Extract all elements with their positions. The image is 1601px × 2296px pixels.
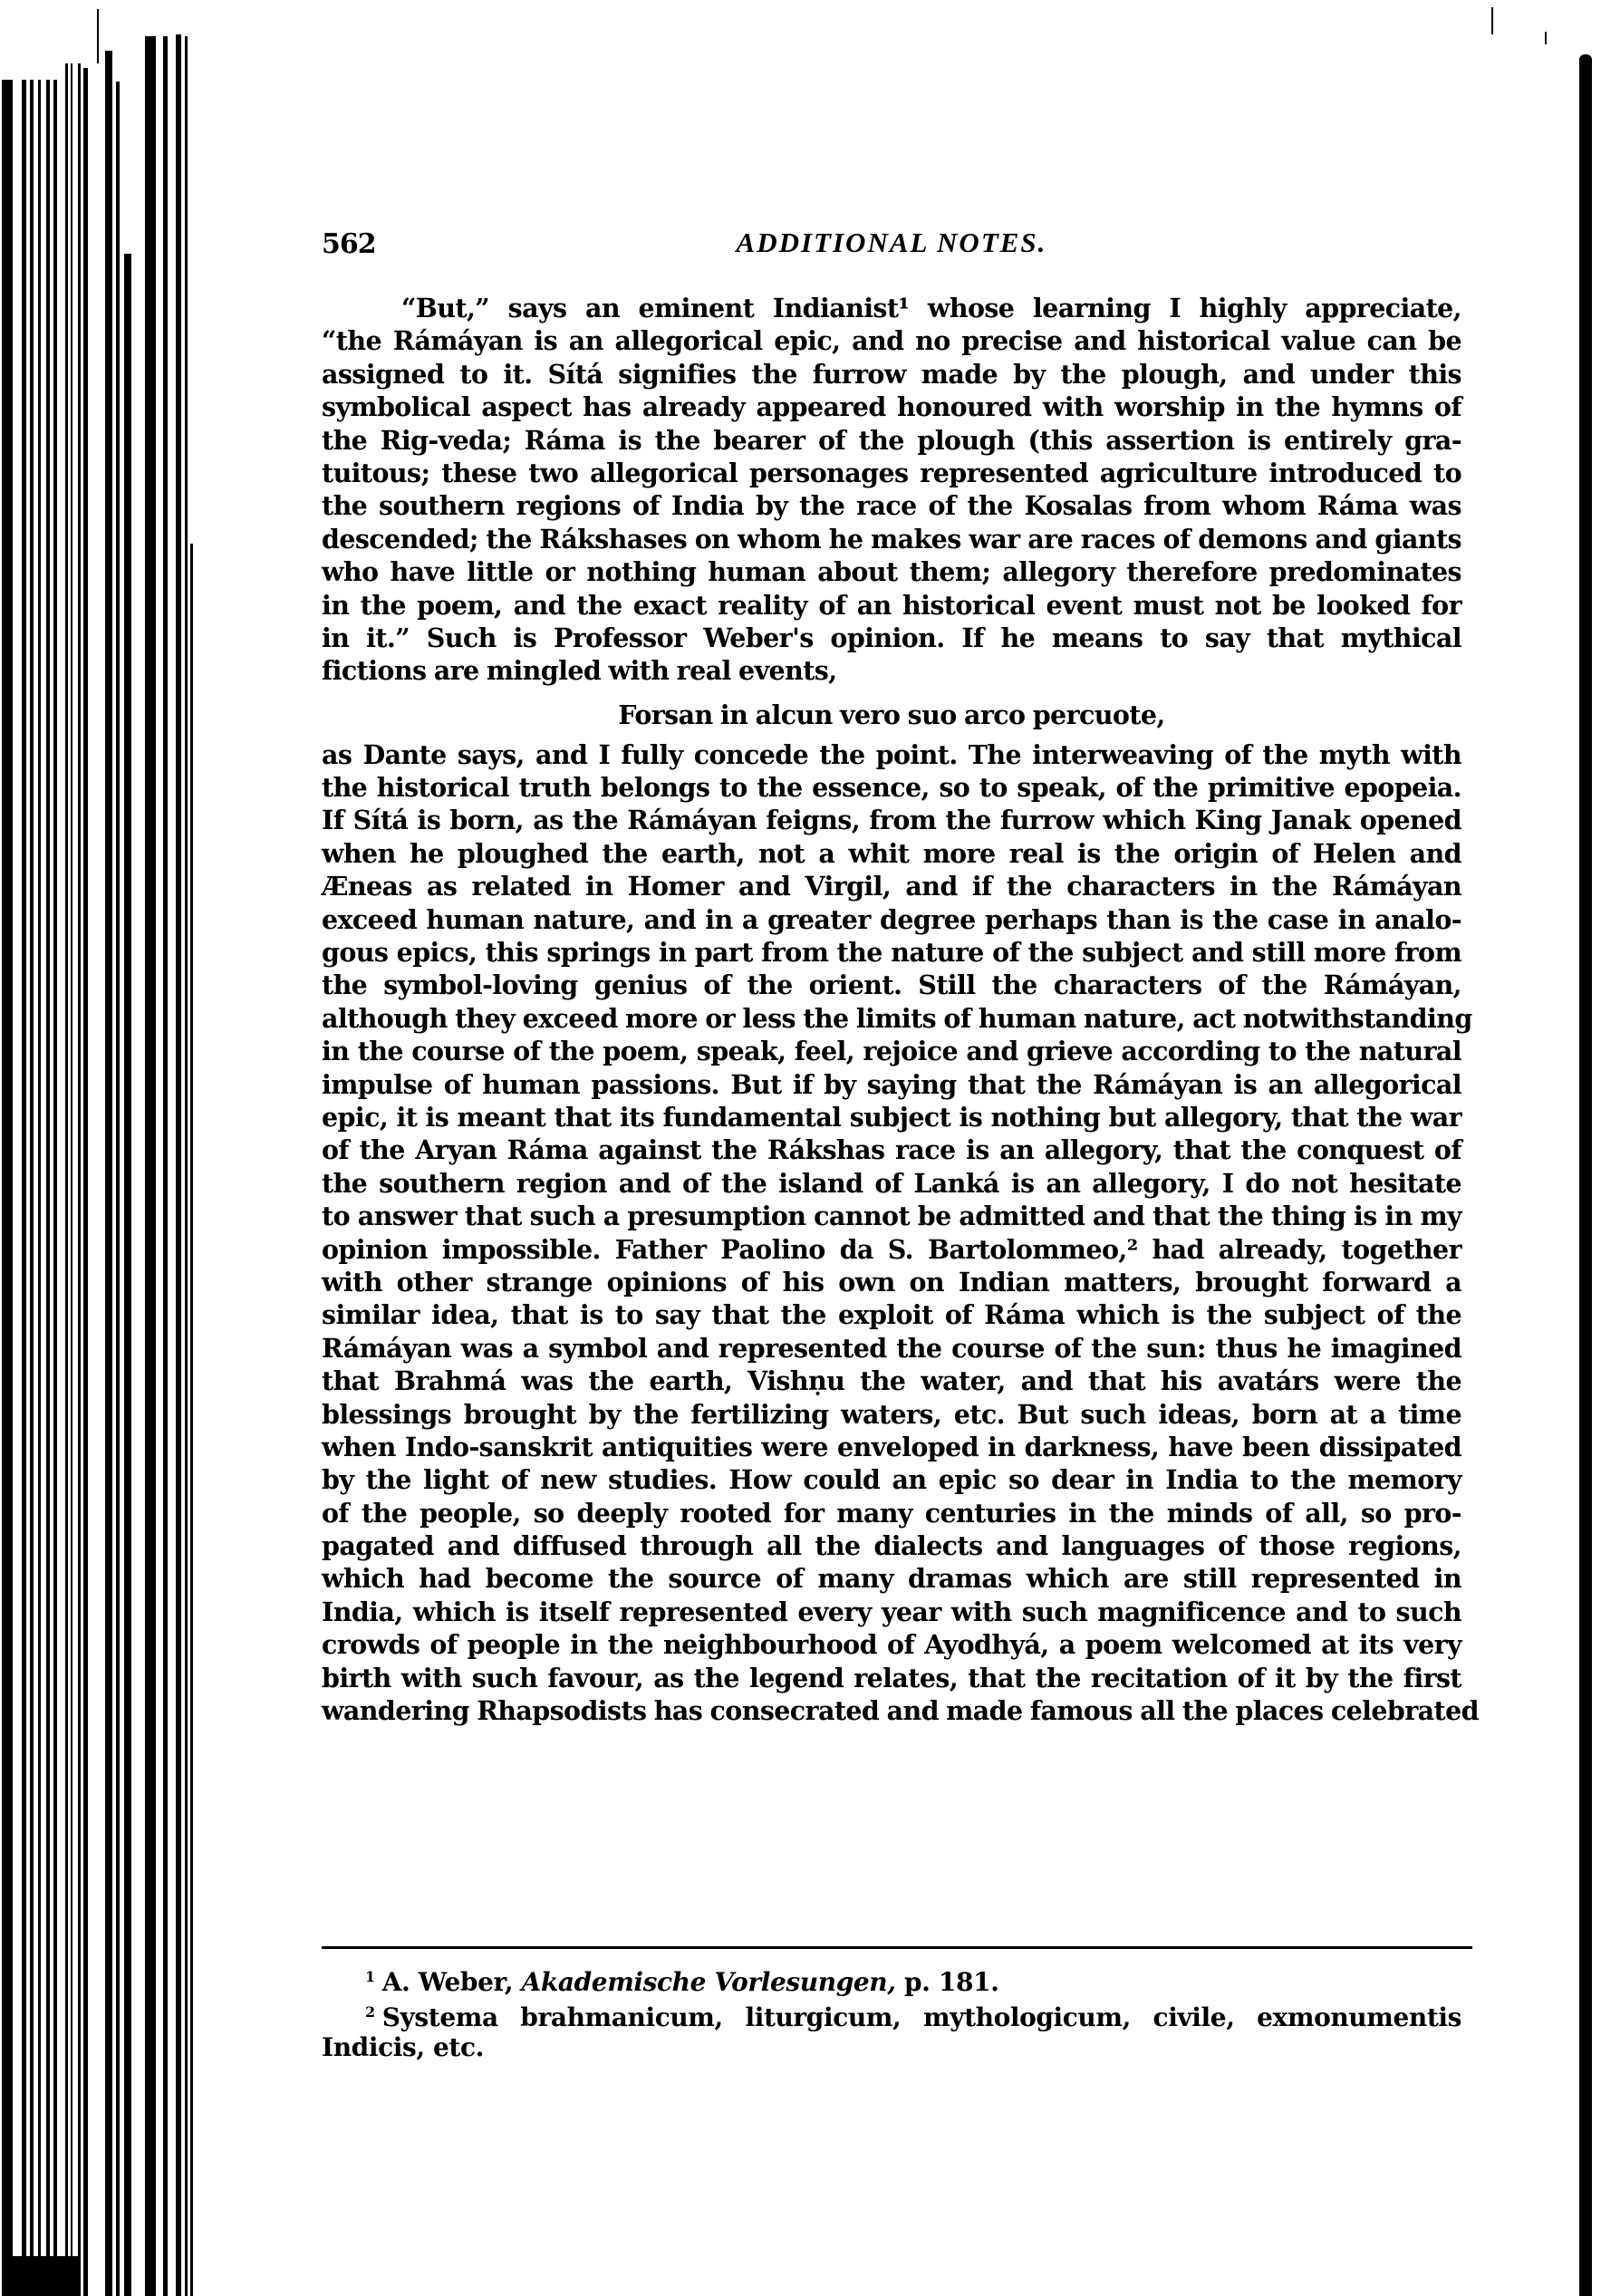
text-line: Rámáyan was a symbol and represented the… (322, 1332, 1461, 1365)
text-line: India, which is itself represented every… (322, 1596, 1461, 1628)
footnote-mark: 1 (365, 1968, 375, 1985)
text-line: the symbol-loving genius of the orient. … (322, 969, 1461, 1001)
footnote-divider (322, 1946, 1472, 1949)
text-line: opinion impossible. Father Paolino da S.… (322, 1233, 1461, 1266)
text-line: “But,” says an eminent Indianist¹ whose … (322, 292, 1461, 324)
text-line: fictions are mingled with real events, (322, 654, 1461, 687)
text-line: epic, it is meant that its fundamental s… (322, 1101, 1461, 1134)
text-line: although they exceed more or less the li… (322, 1002, 1461, 1035)
page-header: 562 ADDITIONAL NOTES. (322, 227, 1461, 266)
text-line: in the course of the poem, speak, feel, … (322, 1035, 1461, 1067)
footnote-page: p. 181. (904, 1967, 998, 1997)
text-line: of the Aryan Ráma against the Rákshas ra… (322, 1134, 1461, 1166)
text-line: the southern regions of India by the rac… (322, 489, 1461, 522)
text-line: Æneas as related in Homer and Virgil, an… (322, 870, 1461, 902)
text-line: symbolical aspect has already appeared h… (322, 391, 1461, 423)
footnote-text: Systema brahmanicum, liturgicum, mytholo… (382, 2002, 1461, 2032)
text-line: who have little or nothing human about t… (322, 555, 1461, 588)
text-line: wandering Rhapsodists has consecrated an… (322, 1694, 1461, 1727)
text-line: the historical truth belongs to the esse… (322, 771, 1461, 804)
footnote-1: 1A. Weber, Akademische Vorlesungen, p. 1… (322, 1962, 1461, 1997)
body-text: “But,” says an eminent Indianist¹ whose … (322, 292, 1461, 1892)
text-line: when he ploughed the earth, not a whit m… (322, 837, 1461, 870)
text-line: of the people, so deeply rooted for many… (322, 1497, 1461, 1529)
text-line (322, 1827, 1461, 1859)
text-line: tuitous; these two allegorical personage… (322, 457, 1461, 489)
text-line: pagated and diffused through all the dia… (322, 1529, 1461, 1562)
text-line: that Brahmá was the earth, Vishṇu the wa… (322, 1365, 1461, 1397)
text-line (322, 1761, 1461, 1793)
text-line: to answer that such a presumption cannot… (322, 1200, 1461, 1232)
footnotes: 1A. Weber, Akademische Vorlesungen, p. 1… (322, 1962, 1461, 2062)
text-line: in it.” Such is Professor Weber's opinio… (322, 622, 1461, 654)
text-line: impulse of human passions. But if by say… (322, 1068, 1461, 1101)
book-edge-left (0, 0, 204, 2296)
running-title: ADDITIONAL NOTES. (322, 227, 1461, 259)
text-line: exceed human nature, and in a greater de… (322, 903, 1461, 936)
text-line: in the poem, and the exact reality of an… (322, 589, 1461, 622)
scan-mark (1491, 7, 1493, 34)
text-line: crowds of people in the neighbourhood of… (322, 1628, 1461, 1661)
footnote-2-continued: Indicis, etc. (322, 2032, 1461, 2062)
text-line (322, 1793, 1461, 1826)
text-line (322, 1727, 1461, 1760)
text-line: as Dante says, and I fully concede the p… (322, 738, 1461, 771)
text-line (322, 1859, 1461, 1892)
text-line: “the Rámáyan is an allegorical epic, and… (322, 324, 1461, 357)
text-line: similar idea, that is to say that the ex… (322, 1298, 1461, 1331)
footnote-2: 2Systema brahmanicum, liturgicum, mythol… (322, 1997, 1461, 2032)
text-line: blessings brought by the fertilizing wat… (322, 1398, 1461, 1431)
text-line: when Indo-sanskrit antiquities were enve… (322, 1431, 1461, 1463)
footnote-author: A. Weber, (382, 1967, 513, 1997)
text-line: If Sítá is born, as the Rámáyan feigns, … (322, 804, 1461, 836)
text-line: the Rig-veda; Ráma is the bearer of the … (322, 424, 1461, 457)
verse-quote: Forsan in alcun vero suo arco percuote, (322, 695, 1461, 735)
text-line: with other strange opinions of his own o… (322, 1266, 1461, 1298)
text-line: the southern region and of the island of… (322, 1167, 1461, 1200)
scan-mark (1545, 32, 1547, 44)
text-line: descended; the Rákshases on whom he make… (322, 523, 1461, 555)
text-line: which had become the source of many dram… (322, 1562, 1461, 1595)
text-line: assigned to it. Sítá signifies the furro… (322, 358, 1461, 391)
text-line: birth with such favour, as the legend re… (322, 1662, 1461, 1694)
footnote-mark: 2 (365, 2003, 375, 2021)
book-edge-right (1579, 54, 1592, 2296)
text-line: by the light of new studies. How could a… (322, 1463, 1461, 1496)
text-line: gous epics, this springs in part from th… (322, 936, 1461, 969)
footnote-title: Akademische Vorlesungen, (522, 1967, 896, 1997)
